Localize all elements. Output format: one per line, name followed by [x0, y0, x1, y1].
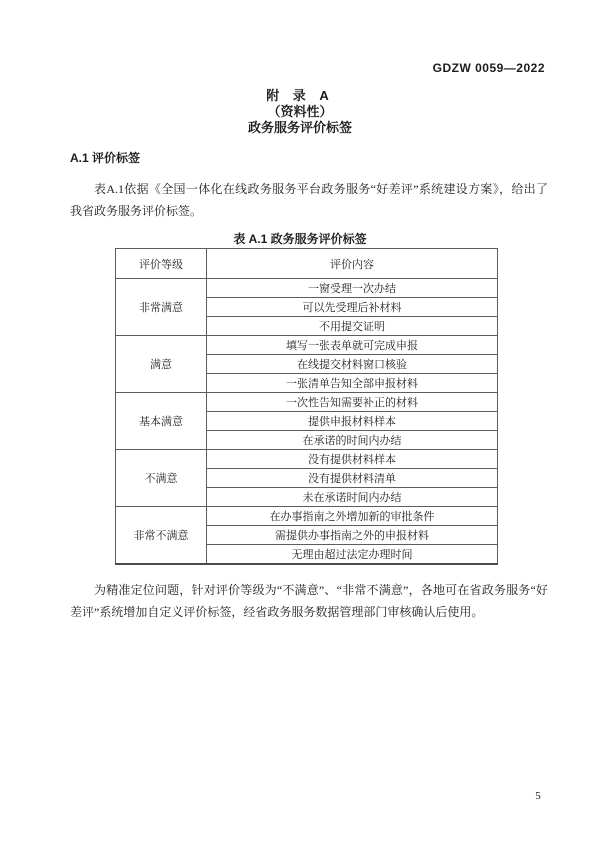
- table-header-row: 评价等级 评价内容: [116, 249, 498, 279]
- appendix-title-line1: 附 录 A: [0, 88, 600, 104]
- content-cell: 在线提交材料窗口核验: [207, 355, 498, 374]
- section-heading: A.1 评价标签: [70, 149, 140, 166]
- content-cell: 不用提交证明: [207, 317, 498, 336]
- content-cell: 在办事指南之外增加新的审批条件: [207, 507, 498, 526]
- document-page: GDZW 0059—2022 附 录 A （资料性） 政务服务评价标签 A.1 …: [0, 0, 600, 848]
- content-cell: 提供申报材料样本: [207, 412, 498, 431]
- evaluation-table: 评价等级 评价内容 非常满意一窗受理一次办结可以先受理后补材料不用提交证明满意填…: [115, 248, 498, 565]
- content-cell: 一张清单告知全部申报材料: [207, 374, 498, 393]
- appendix-title-line2: （资料性）: [0, 104, 600, 120]
- content-cell: 需提供办事指南之外的申报材料: [207, 526, 498, 545]
- content-cell: 可以先受理后补材料: [207, 298, 498, 317]
- table-row: 不满意没有提供材料样本: [116, 450, 498, 469]
- intro-paragraph: 表A.1依据《全国一体化在线政务服务平台政务服务“好差评”系统建设方案》，给出了…: [70, 178, 548, 222]
- closing-paragraph: 为精准定位问题，针对评价等级为“不满意”、“非常不满意”，各地可在省政务服务“好…: [70, 579, 548, 623]
- content-cell: 无理由超过法定办理时间: [207, 545, 498, 565]
- content-cell: 没有提供材料清单: [207, 469, 498, 488]
- content-cell: 一次性告知需要补正的材料: [207, 393, 498, 412]
- grade-cell: 基本满意: [116, 393, 207, 450]
- table-caption: 表 A.1 政务服务评价标签: [0, 230, 600, 247]
- column-header-content: 评价内容: [207, 249, 498, 279]
- content-cell: 没有提供材料样本: [207, 450, 498, 469]
- content-cell: 未在承诺时间内办结: [207, 488, 498, 507]
- table-row: 非常不满意在办事指南之外增加新的审批条件: [116, 507, 498, 526]
- table-row: 满意填写一张表单就可完成申报: [116, 336, 498, 355]
- content-cell: 一窗受理一次办结: [207, 279, 498, 298]
- content-cell: 在承诺的时间内办结: [207, 431, 498, 450]
- grade-cell: 非常满意: [116, 279, 207, 336]
- appendix-title-line3: 政务服务评价标签: [0, 120, 600, 136]
- appendix-title-block: 附 录 A （资料性） 政务服务评价标签: [0, 88, 600, 136]
- grade-cell: 非常不满意: [116, 507, 207, 565]
- table-row: 非常满意一窗受理一次办结: [116, 279, 498, 298]
- table-row: 基本满意一次性告知需要补正的材料: [116, 393, 498, 412]
- column-header-grade: 评价等级: [116, 249, 207, 279]
- evaluation-table-body: 非常满意一窗受理一次办结可以先受理后补材料不用提交证明满意填写一张表单就可完成申…: [116, 279, 498, 565]
- doc-code: GDZW 0059—2022: [433, 61, 545, 75]
- grade-cell: 不满意: [116, 450, 207, 507]
- table-container: 评价等级 评价内容 非常满意一窗受理一次办结可以先受理后补材料不用提交证明满意填…: [115, 248, 498, 565]
- grade-cell: 满意: [116, 336, 207, 393]
- content-cell: 填写一张表单就可完成申报: [207, 336, 498, 355]
- page-number: 5: [531, 790, 545, 802]
